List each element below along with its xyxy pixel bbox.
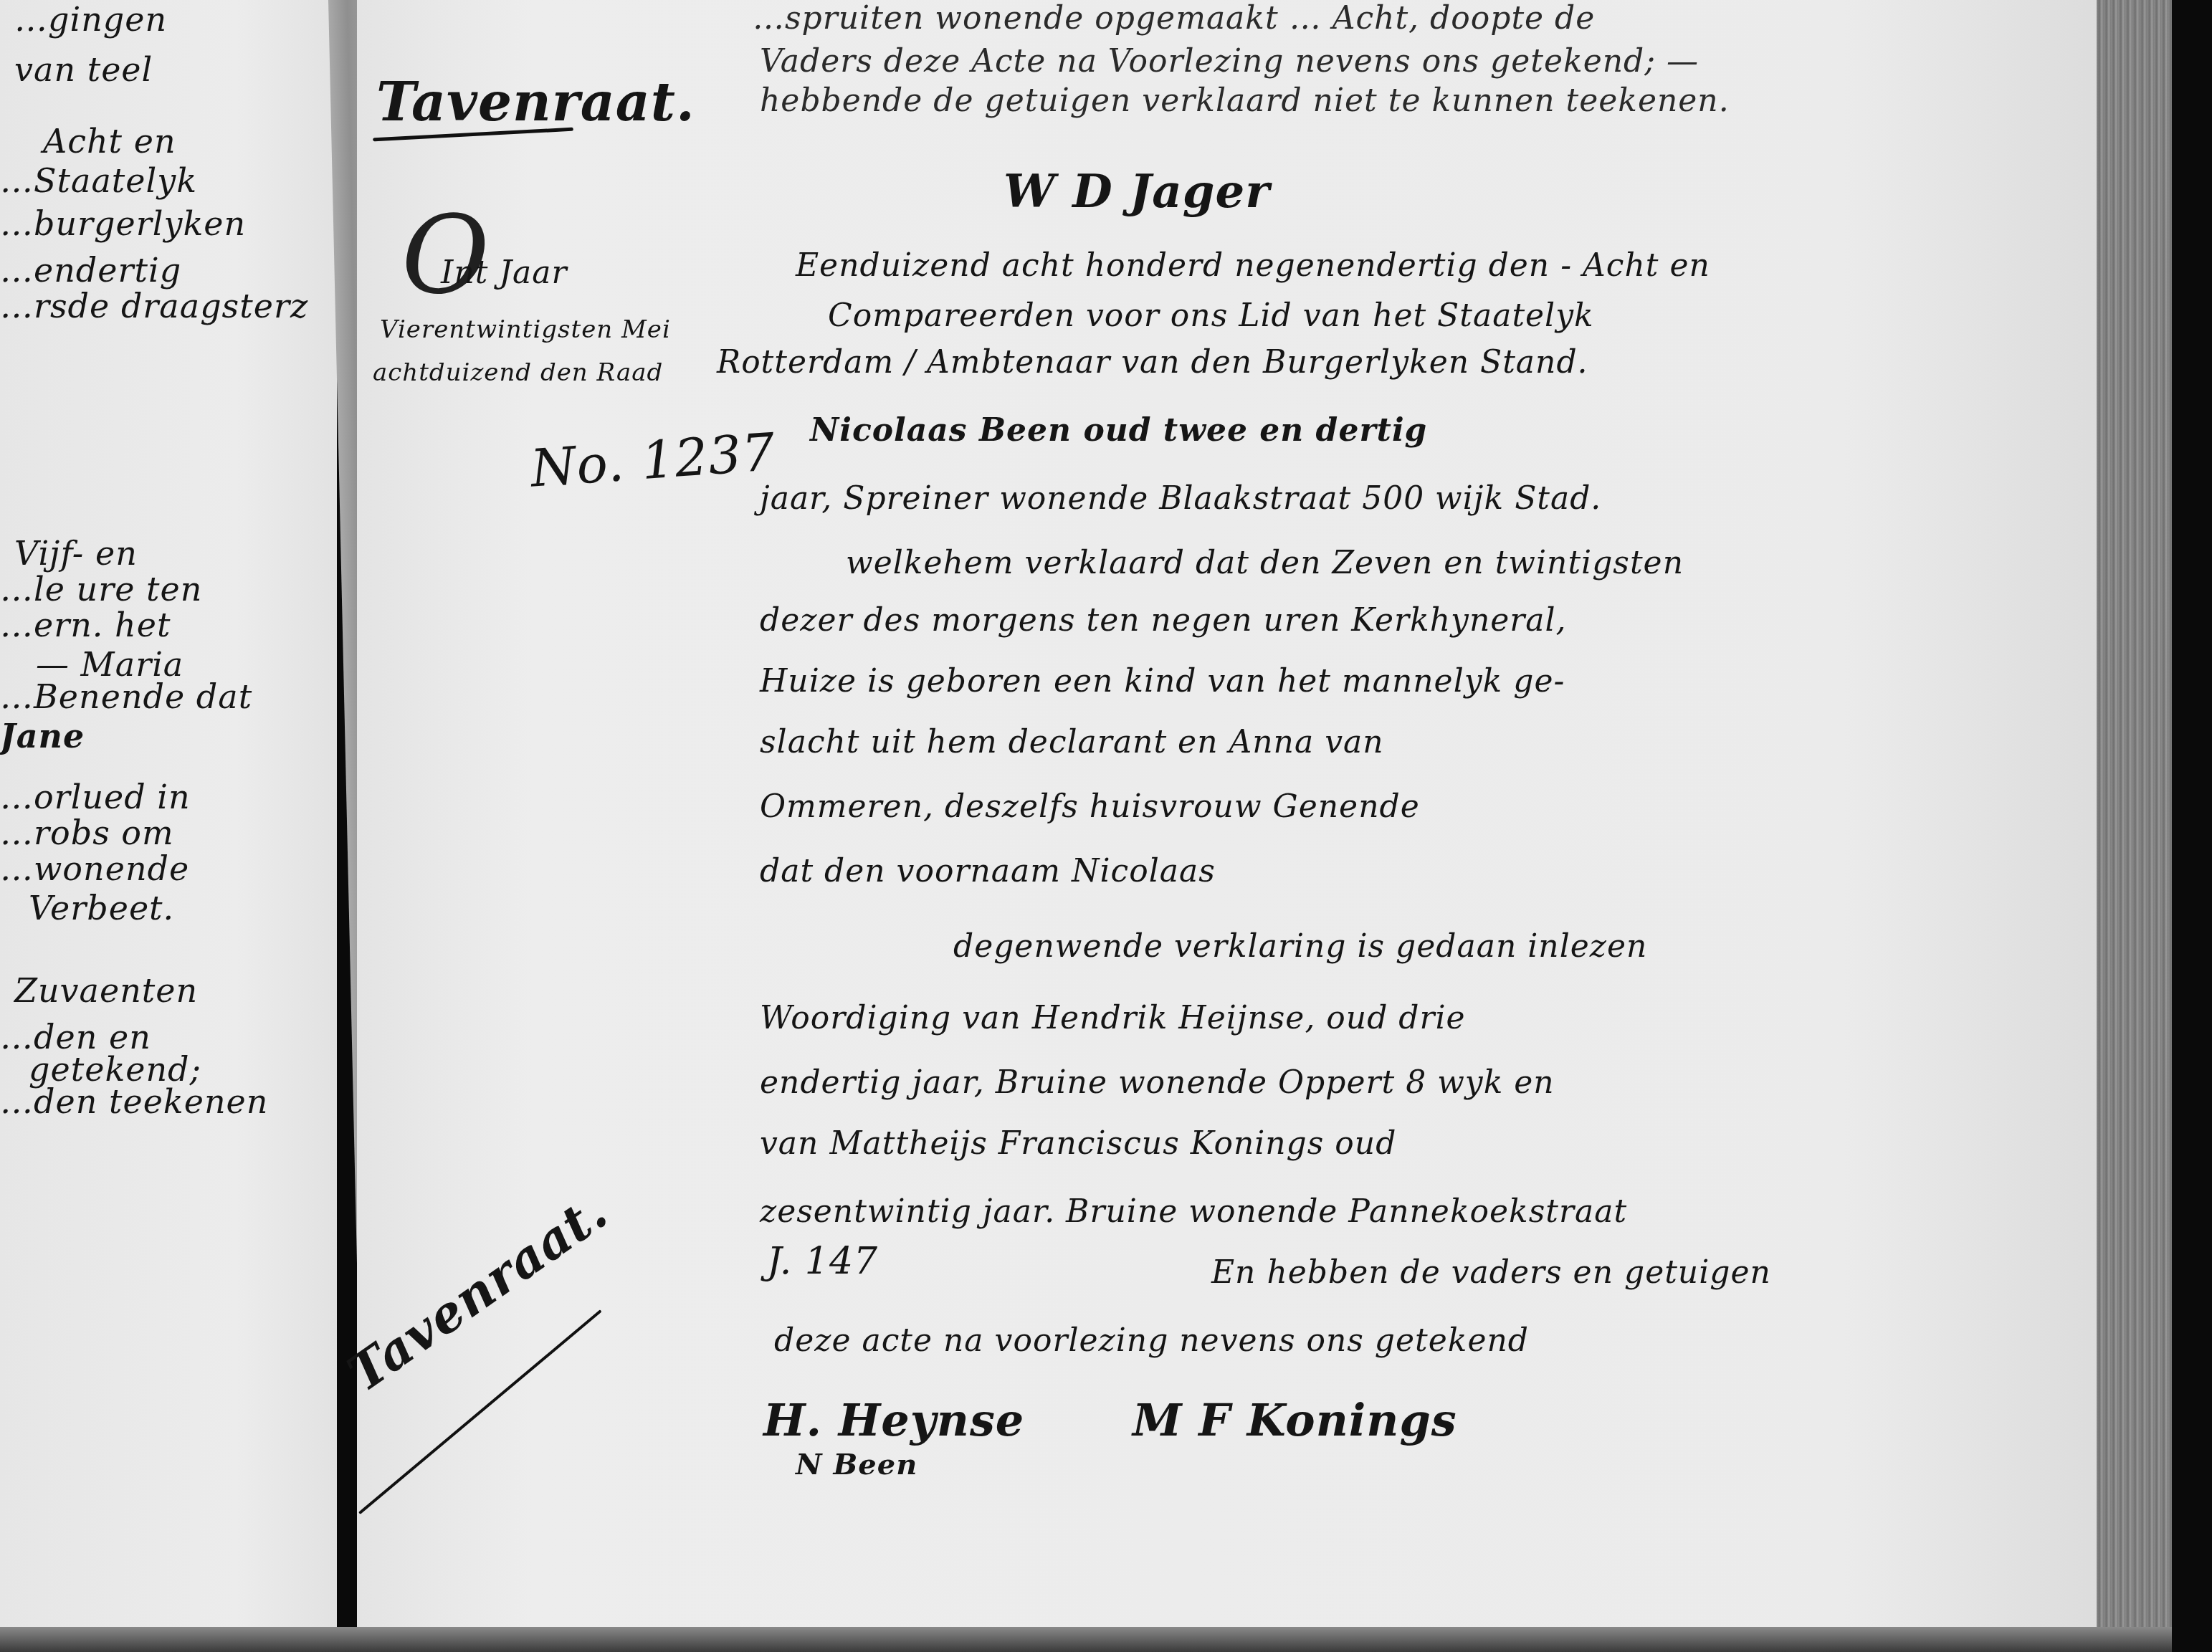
entry-body-line: Woordiging van Hendrik Heijnse, oud drie <box>760 1000 1466 1036</box>
previous-entry-line: Vaders deze Acte na Voorlezing nevens on… <box>760 43 1699 80</box>
entry-body-line: dezer des morgens ten negen uren Kerkhyn… <box>760 602 1567 639</box>
left-page-line: …robs om <box>0 813 174 852</box>
signature: N Been <box>796 1448 917 1481</box>
left-page-line: …wonende <box>0 849 189 888</box>
entry-body-line: endertig jaar, Bruine wonende Oppert 8 w… <box>760 1064 1555 1101</box>
left-page-line: Verbeet. <box>29 889 174 927</box>
left-page-line: Vijf- en <box>14 534 138 573</box>
entry-body-line: En hebben de vaders en getuigen <box>1211 1254 1771 1291</box>
entry-body-line: Rotterdam / Ambtenaar van den Burgerlyke… <box>717 344 1588 381</box>
register-mark: J. 147 <box>767 1240 878 1283</box>
entry-body-line: Ommeren, deszelfs huisvrouw Genende <box>760 788 1420 825</box>
margin-date-line: achtduizend den Raad <box>373 358 663 387</box>
page-edges <box>2097 0 2172 1627</box>
official-signature: W D Jager <box>1003 165 1270 219</box>
entry-body-line: slacht uit hem declarant en Anna van <box>760 724 1384 760</box>
left-page-line: van teel <box>14 50 153 89</box>
left-page-line: …Staatelyk <box>0 161 197 200</box>
left-page-line: …den teekenen <box>0 1082 268 1121</box>
entry-body-line: Nicolaas Been oud twee en dertig <box>810 412 1427 449</box>
entry-body-line: Eenduizend acht honderd negenendertig de… <box>796 247 1710 284</box>
left-page-line: …Benende dat <box>0 677 252 716</box>
left-page-line: Jane <box>0 717 85 755</box>
entry-body-line: jaar, Spreiner wonende Blaakstraat 500 w… <box>760 480 1601 517</box>
margin-date-line: Int Jaar <box>441 254 568 291</box>
entry-body-line: Compareerden voor ons Lid van het Staate… <box>828 297 1594 334</box>
left-page-line: Acht en <box>43 122 176 161</box>
entry-body-line: deze acte na voorlezing nevens ons getek… <box>774 1322 1529 1359</box>
left-page-line: …ern. het <box>0 606 171 644</box>
signature: M F Konings <box>1133 1394 1457 1446</box>
left-page-line: …gingen <box>14 0 167 39</box>
left-page-line: …le ure ten <box>0 570 202 608</box>
margin-date-line: Vierentwintigsten Mei <box>380 315 671 344</box>
bottom-shadow <box>0 1627 2172 1652</box>
entry-body-line: zesentwintig jaar. Bruine wonende Pannek… <box>760 1193 1627 1230</box>
margin-header-tavenraat: Tavenraat. <box>376 72 695 133</box>
left-page-line: …endertig <box>0 251 181 290</box>
signature: H. Heynse <box>763 1394 1024 1446</box>
entry-body-line: van Mattheijs Franciscus Konings oud <box>760 1125 1396 1162</box>
entry-body-line: dat den voornaam Nicolaas <box>760 853 1216 889</box>
previous-entry-line: hebbende de getuigen verklaard niet te k… <box>760 82 1730 119</box>
entry-body-line: welkehem verklaard dat den Zeven en twin… <box>846 545 1684 581</box>
left-page-line: …burgerlyken <box>0 204 246 243</box>
left-page-line: …orlued in <box>0 778 191 816</box>
left-page-line: …rsde draagsterz <box>0 287 308 325</box>
entry-body-line: degenwende verklaring is gedaan inlezen <box>953 928 1647 965</box>
previous-entry-line: …spruiten wonende opgemaakt … Acht, doop… <box>753 0 1595 37</box>
left-page-line: Zuvaenten <box>14 971 198 1010</box>
entry-body-line: Huize is geboren een kind van het mannel… <box>760 663 1565 700</box>
